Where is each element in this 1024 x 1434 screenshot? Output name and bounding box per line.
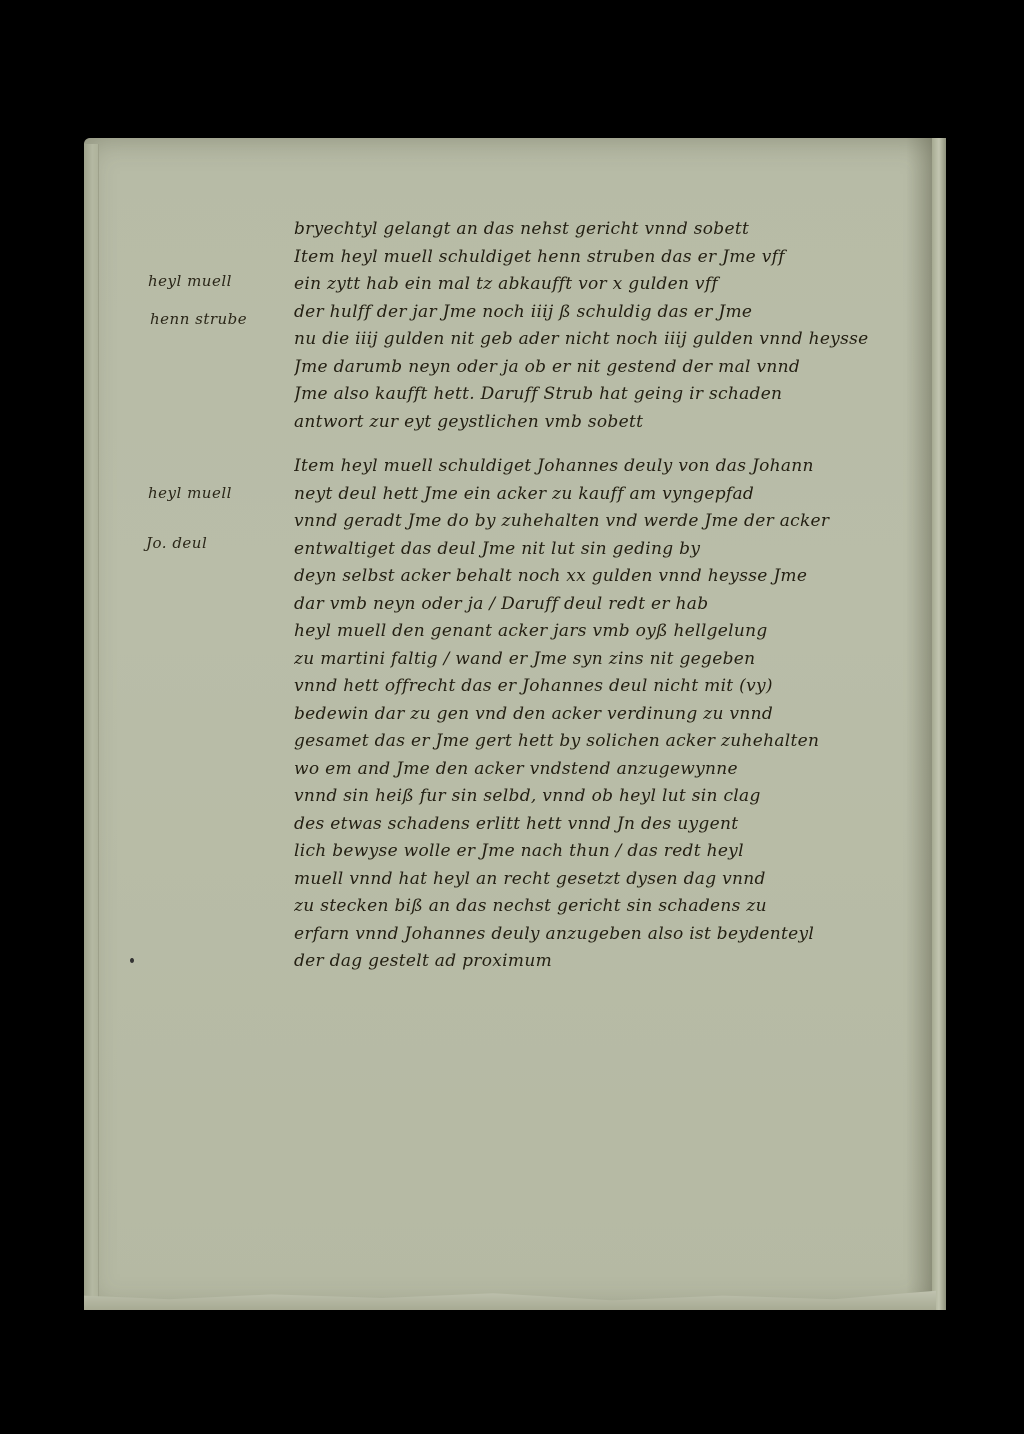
text-line: antwort zur eyt geystlichen vmb sobett <box>294 409 934 437</box>
text-line: zu martini faltig / wand er Jme syn zins… <box>294 646 934 674</box>
page-stack-edge-left <box>84 144 99 1304</box>
text-line: wo em and Jme den acker vndstend anzugew… <box>294 756 934 784</box>
text-line: Jme also kaufft hett. Daruff Strub hat g… <box>294 381 934 409</box>
ink-spot <box>130 958 134 963</box>
text-line: der dag gestelt ad proximum <box>294 948 934 976</box>
text-line: ein zytt hab ein mal tz abkaufft vor x g… <box>294 271 934 299</box>
margin-note-jo-deul: Jo. deul <box>146 534 207 552</box>
manuscript-body: bryechtyl gelangt an das nehst gericht v… <box>294 216 934 976</box>
text-line: muell vnnd hat heyl an recht gesetzt dys… <box>294 866 934 894</box>
text-line: Item heyl muell schuldiget henn struben … <box>294 244 934 272</box>
text-line: Item heyl muell schuldiget Johannes deul… <box>294 453 934 481</box>
text-line: lich bewyse wolle er Jme nach thun / das… <box>294 838 934 866</box>
text-line: des etwas schadens erlitt hett vnnd Jn d… <box>294 811 934 839</box>
text-line: vnnd geradt Jme do by zuhehalten vnd wer… <box>294 508 934 536</box>
margin-note-henn-strube: henn strube <box>150 310 247 328</box>
text-line: der hulff der jar Jme noch iiij ß schuld… <box>294 299 934 327</box>
text-line: deyn selbst acker behalt noch xx gulden … <box>294 563 934 591</box>
text-line: bedewin dar zu gen vnd den acker verdinu… <box>294 701 934 729</box>
text-line: entwaltiget das deul Jme nit lut sin ged… <box>294 536 934 564</box>
text-line: Jme darumb neyn oder ja ob er nit gesten… <box>294 354 934 382</box>
text-line: neyt deul hett Jme ein acker zu kauff am… <box>294 481 934 509</box>
text-line: erfarn vnnd Johannes deuly anzugeben als… <box>294 921 934 949</box>
text-line: bryechtyl gelangt an das nehst gericht v… <box>294 216 934 244</box>
text-line: zu stecken biß an das nechst gericht sin… <box>294 893 934 921</box>
text-line: heyl muell den genant acker jars vmb oyß… <box>294 618 934 646</box>
page-stack-edge-right <box>932 138 946 1310</box>
margin-note-heyl-muell: heyl muell <box>148 272 232 290</box>
torn-bottom-edge <box>84 1286 936 1310</box>
text-line: dar vmb neyn oder ja / Daruff deul redt … <box>294 591 934 619</box>
manuscript-page: heyl muell henn strube heyl muell Jo. de… <box>84 138 936 1310</box>
text-line: vnnd hett offrecht das er Johannes deul … <box>294 673 934 701</box>
margin-note-heyl-muell-2: heyl muell <box>148 484 232 502</box>
text-line: vnnd sin heiß fur sin selbd, vnnd ob hey… <box>294 783 934 811</box>
text-line: gesamet das er Jme gert hett by solichen… <box>294 728 934 756</box>
text-line: nu die iiij gulden nit geb ader nicht no… <box>294 326 934 354</box>
